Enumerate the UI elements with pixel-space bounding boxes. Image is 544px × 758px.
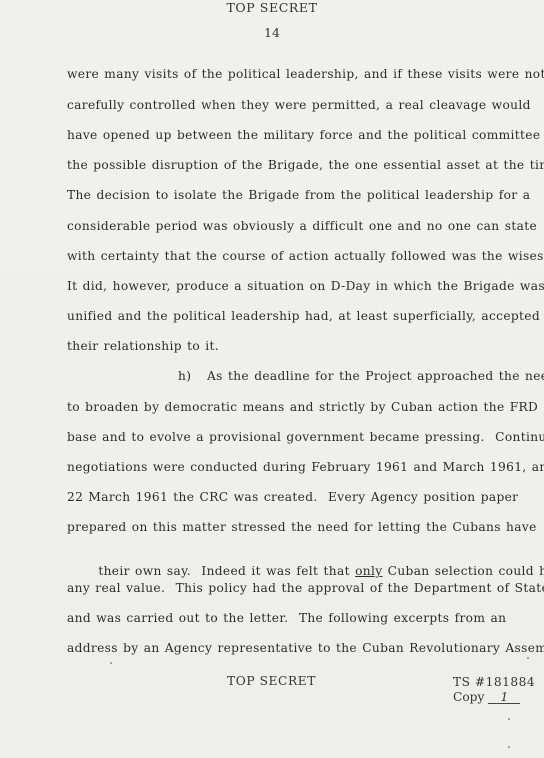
text-segment: Cuban selection could have — [382, 564, 544, 578]
text-line: and was carried out to the letter. The f… — [67, 611, 506, 625]
text-line: any real value. This policy had the appr… — [67, 581, 544, 595]
scan-speck — [527, 657, 529, 659]
header-classification: TOP SECRET — [0, 0, 544, 15]
copy-line: Copy1 — [453, 690, 520, 704]
scan-speck — [508, 746, 510, 748]
copy-value: 1 — [488, 692, 520, 704]
document-page: TOP SECRET 14 were many visits of the po… — [0, 0, 544, 758]
footer-classification: TOP SECRET — [227, 674, 316, 688]
copy-label: Copy — [453, 690, 484, 704]
text-line: prepared on this matter stressed the nee… — [67, 520, 537, 534]
text-line: The decision to isolate the Brigade from… — [67, 188, 530, 202]
text-line: negotiations were conducted during Febru… — [67, 460, 544, 474]
text-line: the possible disruption of the Brigade, … — [67, 158, 544, 172]
text-line: have opened up between the military forc… — [67, 128, 544, 142]
text-line: carefully controlled when they were perm… — [67, 98, 531, 112]
text-line: 22 March 1961 the CRC was created. Every… — [67, 490, 518, 504]
text-line: to broaden by democratic means and stric… — [67, 400, 538, 414]
scan-speck — [110, 662, 112, 664]
scan-speck — [508, 718, 510, 720]
underlined-word: only — [355, 564, 382, 578]
text-segment: their own say. Indeed it was felt that — [98, 564, 355, 578]
text-line: considerable period was obviously a diff… — [67, 219, 537, 233]
text-line: with certainty that the course of action… — [67, 249, 544, 263]
paragraph-h-start: h) As the deadline for the Project appro… — [178, 369, 544, 383]
text-line: unified and the political leadership had… — [67, 309, 540, 323]
text-line: address by an Agency representative to t… — [67, 641, 544, 655]
page-number: 14 — [0, 25, 544, 40]
text-line: their relationship to it. — [67, 339, 219, 353]
control-number: TS #181884 — [453, 675, 535, 689]
text-line: were many visits of the political leader… — [67, 67, 544, 81]
text-line: base and to evolve a provisional governm… — [67, 430, 544, 444]
text-line: It did, however, produce a situation on … — [67, 279, 544, 293]
